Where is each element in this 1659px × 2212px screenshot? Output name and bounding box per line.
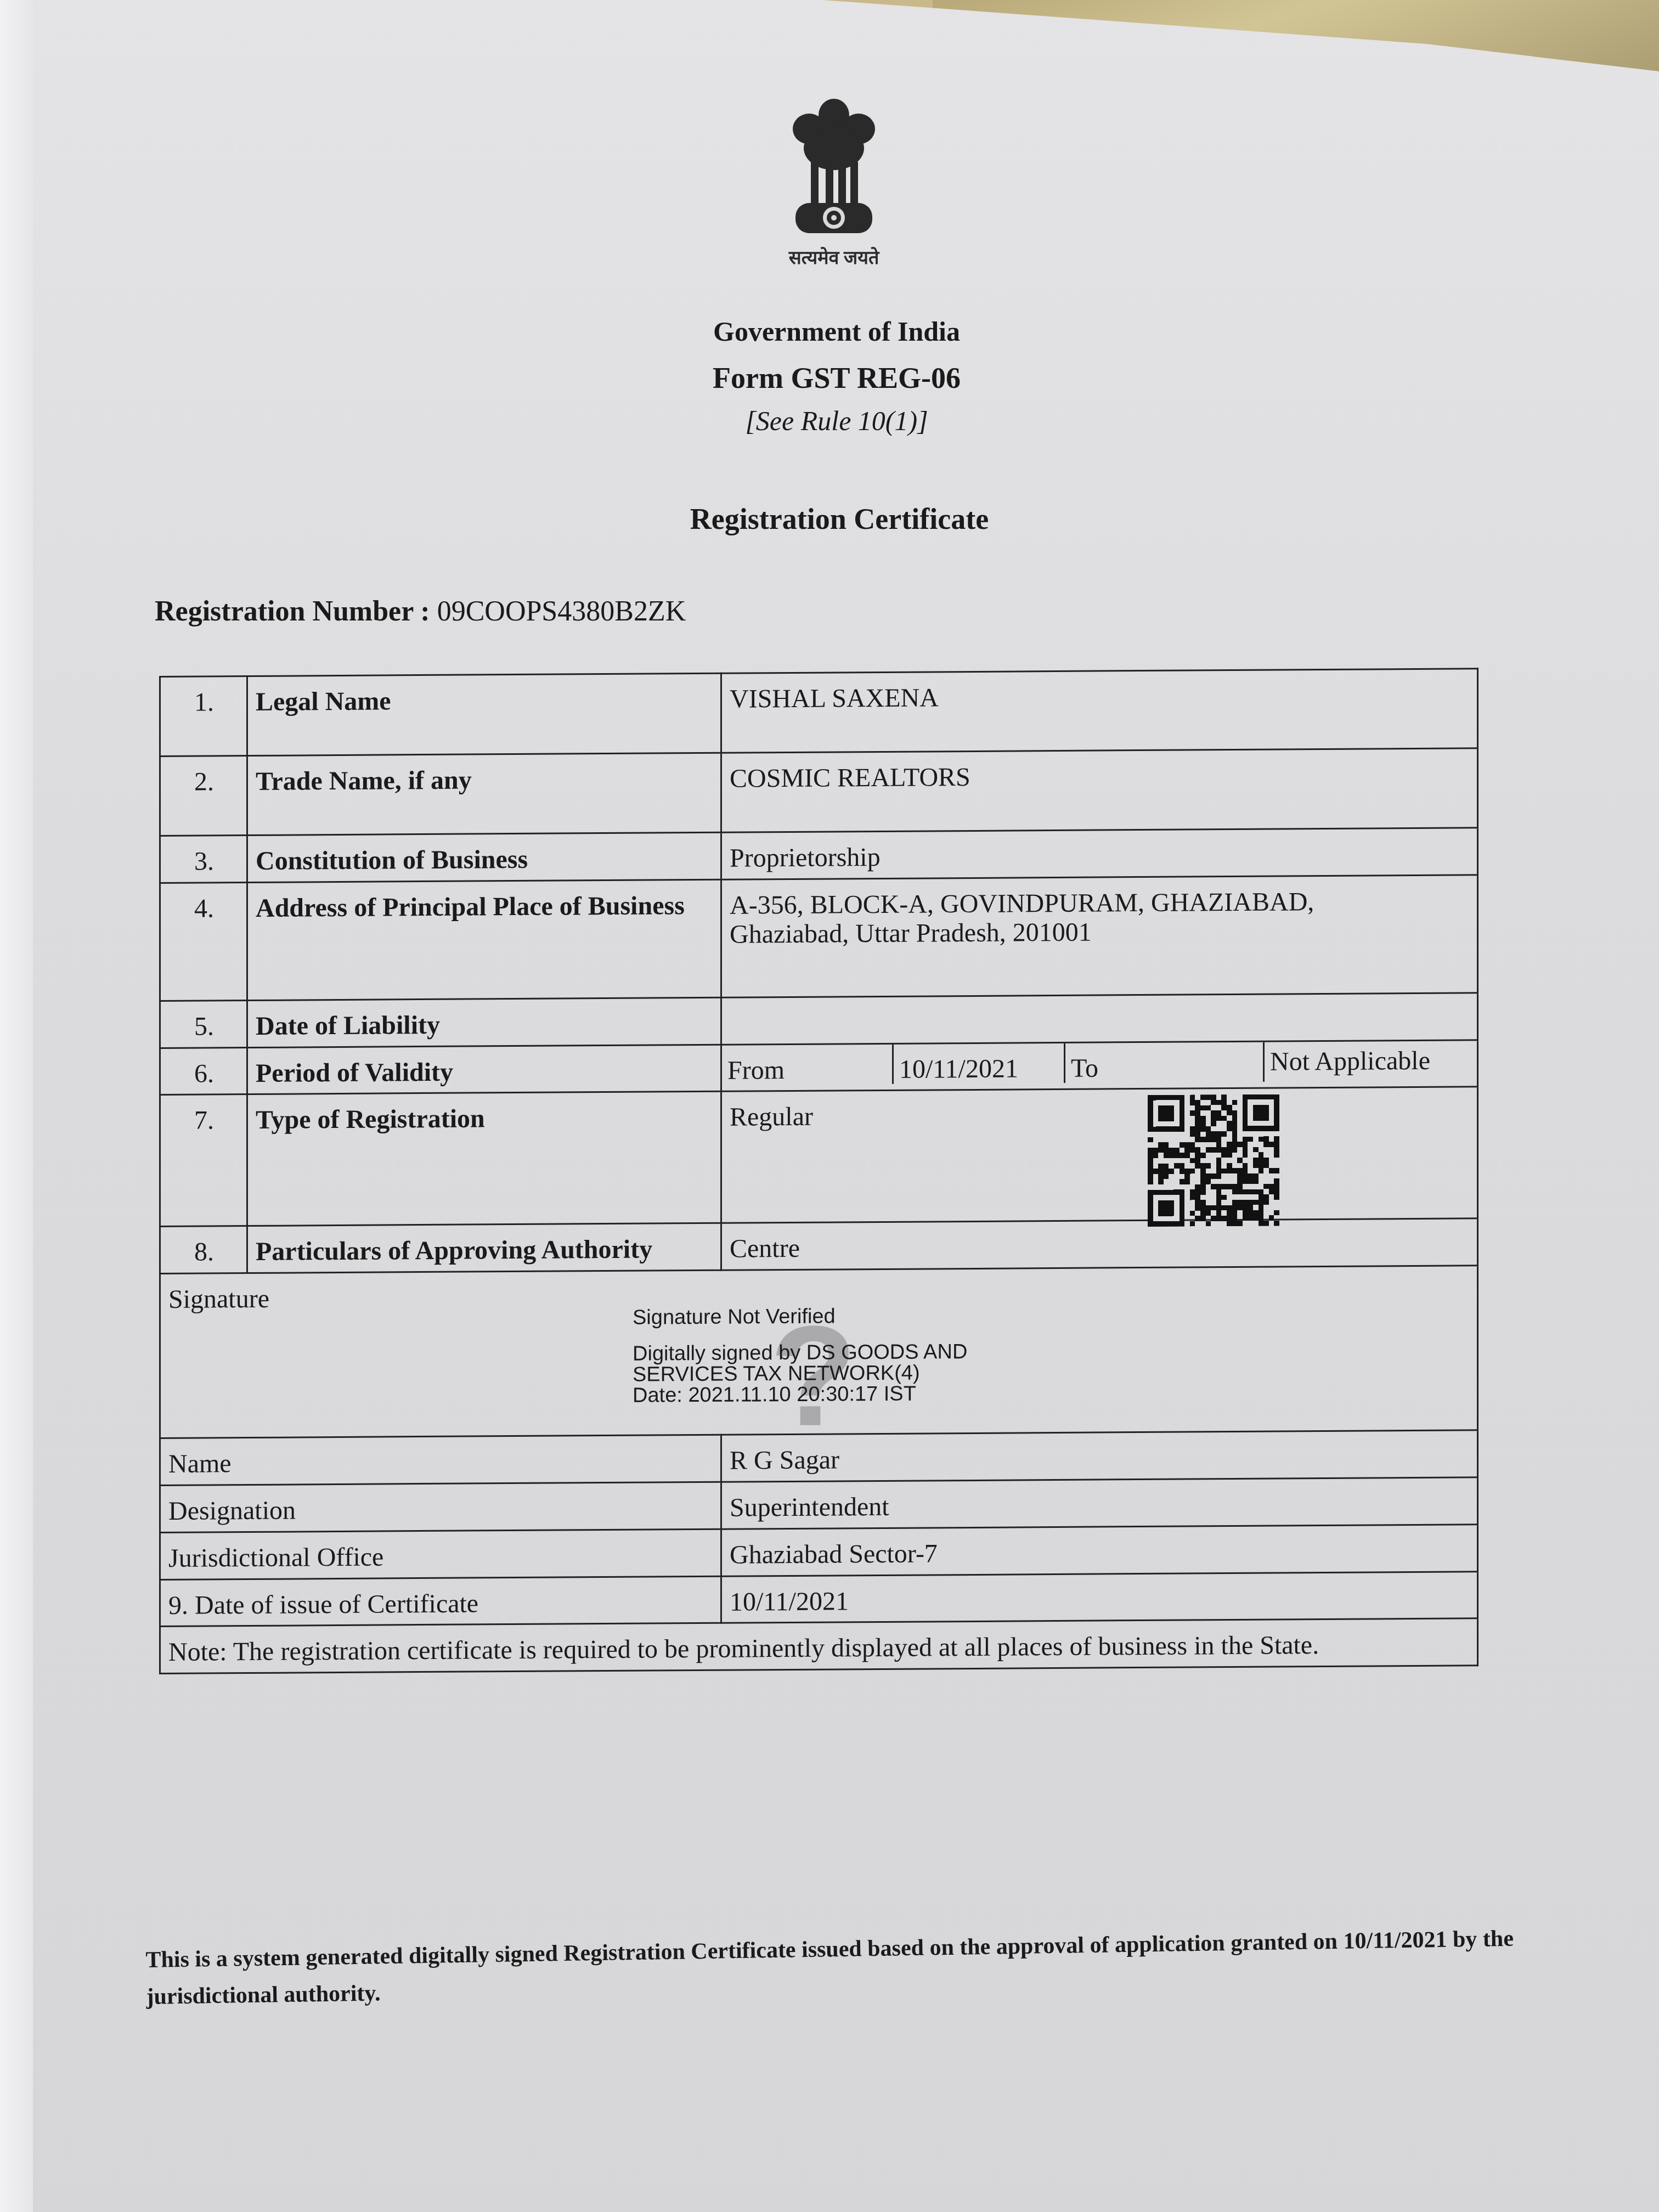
row-value: Regular xyxy=(730,1102,813,1132)
table-row-legal-name: 1. Legal Name VISHAL SAXENA xyxy=(160,669,1478,757)
motto: सत्यमेव जयते xyxy=(768,244,900,269)
table-row-note: Note: The registration certificate is re… xyxy=(160,1618,1478,1673)
government-heading: Government of India xyxy=(549,315,1125,347)
display-note: Note: The registration certificate is re… xyxy=(160,1618,1478,1673)
row-label: Designation xyxy=(160,1482,721,1532)
row-value: 10/11/2021 xyxy=(721,1571,1478,1623)
row-label: Jurisdictional Office xyxy=(160,1529,721,1579)
row-label: Type of Registration xyxy=(247,1092,721,1226)
row-value: COSMIC REALTORS xyxy=(721,748,1478,832)
table-row-signature: Signature ? Signature Not Verified Digit… xyxy=(160,1266,1478,1438)
registration-number-value: 09COOPS4380B2ZK xyxy=(437,596,686,627)
page-edge xyxy=(0,0,33,2212)
table-row-address: 4. Address of Principal Place of Busines… xyxy=(160,875,1478,1001)
row-label: Address of Principal Place of Business xyxy=(247,879,721,1000)
row-number: 5. xyxy=(160,1000,247,1048)
registration-number-label: Registration Number : xyxy=(155,596,430,627)
row-value-cell: Regular xyxy=(721,1087,1478,1223)
rule-reference: [See Rule 10(1)] xyxy=(549,405,1125,437)
table-row-designation: Designation Superintendent xyxy=(160,1477,1478,1532)
table-row-date-of-liability: 5. Date of Liability xyxy=(160,993,1478,1048)
to-value: Not Applicable xyxy=(1265,1041,1477,1082)
table-row-type-of-registration: 7. Type of Registration Regular xyxy=(160,1087,1478,1227)
row-label: Trade Name, if any xyxy=(247,753,721,835)
row-value: Ghaziabad Sector-7 xyxy=(721,1525,1478,1576)
to-label: To xyxy=(1065,1042,1265,1083)
digital-signature-block: Signature Not Verified Digitally signed … xyxy=(633,1305,967,1406)
qr-code-icon xyxy=(1148,1094,1279,1227)
table-row-trade-name: 2. Trade Name, if any COSMIC REALTORS xyxy=(160,748,1478,836)
signature-cell: Signature ? Signature Not Verified Digit… xyxy=(160,1266,1478,1438)
row-label: Legal Name xyxy=(247,673,721,755)
signed-by-line-2: SERVICES TAX NETWORK(4) xyxy=(633,1362,967,1385)
registration-number: Registration Number : 09COOPS4380B2ZK xyxy=(155,595,686,628)
certificate-title: Registration Certificate xyxy=(549,502,1130,536)
row-number: 2. xyxy=(160,756,247,836)
address-line-2: Ghaziabad, Uttar Pradesh, 201001 xyxy=(730,916,1470,949)
row-label: Date of Liability xyxy=(247,997,721,1047)
table-row-jurisdictional-office: Jurisdictional Office Ghaziabad Sector-7 xyxy=(160,1525,1478,1579)
certificate-table: 1. Legal Name VISHAL SAXENA 2. Trade Nam… xyxy=(159,668,1479,1674)
period-grid: From 10/11/2021 To Not Applicable xyxy=(722,1041,1477,1085)
row-number: 3. xyxy=(160,836,247,883)
row-number: 1. xyxy=(160,676,247,757)
form-number: Form GST REG-06 xyxy=(549,361,1125,395)
row-label: Name xyxy=(160,1435,721,1485)
row-number: 8. xyxy=(160,1226,247,1274)
row-number: 7. xyxy=(160,1094,247,1227)
address-line-1: A-356, BLOCK-A, GOVINDPURAM, GHAZIABAD, xyxy=(730,887,1470,920)
table-row-date-of-issue: 9. Date of issue of Certificate 10/11/20… xyxy=(160,1571,1478,1626)
row-value: VISHAL SAXENA xyxy=(721,669,1478,753)
row-label: 9. Date of issue of Certificate xyxy=(160,1576,721,1627)
row-value: A-356, BLOCK-A, GOVINDPURAM, GHAZIABAD, … xyxy=(721,875,1478,997)
period-cell: From 10/11/2021 To Not Applicable xyxy=(721,1040,1478,1091)
signature-label: Signature xyxy=(168,1284,269,1314)
row-value: Proprietorship xyxy=(721,828,1478,879)
row-number: 4. xyxy=(160,882,247,1001)
table-row-constitution: 3. Constitution of Business Proprietorsh… xyxy=(160,828,1478,883)
table-row-period-of-validity: 6. Period of Validity From 10/11/2021 To… xyxy=(160,1040,1478,1094)
row-value: Superintendent xyxy=(721,1477,1478,1529)
row-value: Centre xyxy=(721,1218,1478,1270)
from-value: 10/11/2021 xyxy=(894,1043,1065,1085)
table-row-approving-authority: 8. Particulars of Approving Authority Ce… xyxy=(160,1218,1478,1273)
row-label: Period of Validity xyxy=(247,1045,721,1094)
signed-by-line-1: Digitally signed by DS GOODS AND xyxy=(633,1341,967,1364)
signature-status: Signature Not Verified xyxy=(633,1305,967,1328)
national-emblem-icon xyxy=(779,91,889,244)
row-label: Particulars of Approving Authority xyxy=(247,1223,721,1273)
row-number: 6. xyxy=(160,1047,247,1095)
row-value xyxy=(721,993,1478,1045)
signature-date: Date: 2021.11.10 20:30:17 IST xyxy=(633,1383,967,1406)
from-label: From xyxy=(722,1044,894,1085)
row-label: Constitution of Business xyxy=(247,832,721,882)
